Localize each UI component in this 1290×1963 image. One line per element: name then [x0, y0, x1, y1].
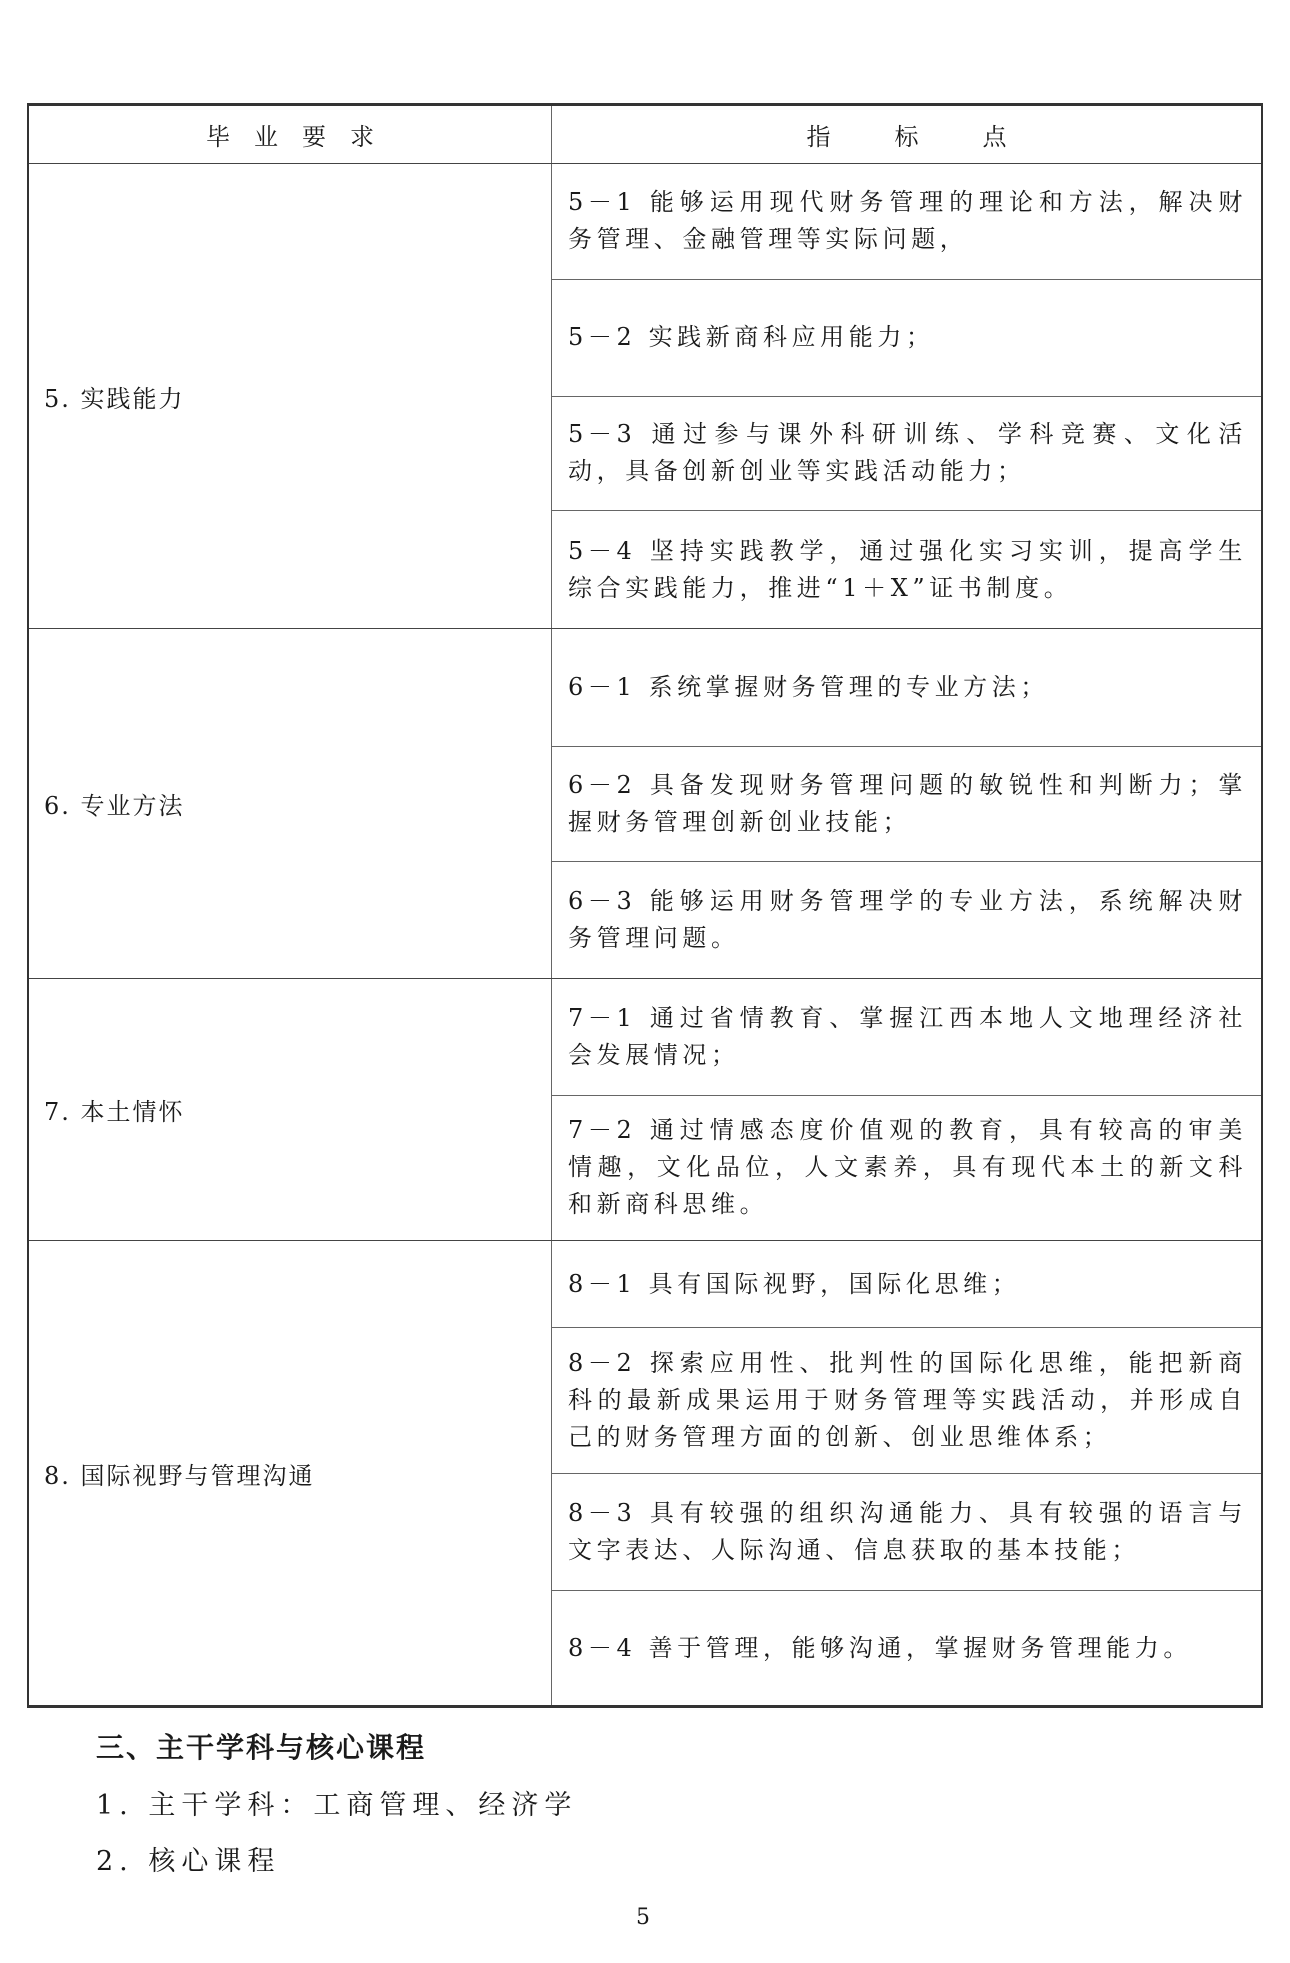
indicator-text: 6－2 具备发现财务管理问题的敏锐性和判断力；掌握财务管理创新创业技能；: [568, 767, 1247, 841]
requirement-cell: 8. 国际视野与管理沟通: [29, 1241, 552, 1705]
indicator-list: 6－1 系统掌握财务管理的专业方法；6－2 具备发现财务管理问题的敏锐性和判断力…: [552, 629, 1261, 978]
indicator-cell: 8－1 具有国际视野，国际化思维；: [552, 1241, 1261, 1328]
indicator-text: 8－3 具有较强的组织沟通能力、具有较强的语言与文字表达、人际沟通、信息获取的基…: [568, 1495, 1247, 1569]
indicator-cell: 6－1 系统掌握财务管理的专业方法；: [552, 629, 1261, 747]
indicator-text: 5－4 坚持实践教学，通过强化实习实训，提高学生综合实践能力，推进“1＋X”证书…: [568, 533, 1247, 607]
indicator-text: 5－2 实践新商科应用能力；: [568, 319, 935, 356]
indicator-text: 5－1 能够运用现代财务管理的理论和方法，解决财务管理、金融管理等实际问题，: [568, 184, 1247, 258]
indicator-cell: 8－3 具有较强的组织沟通能力、具有较强的语言与文字表达、人际沟通、信息获取的基…: [552, 1474, 1261, 1591]
table-header-row: 毕业要求 指标点: [29, 106, 1261, 164]
indicator-cell: 5－3 通过参与课外科研训练、学科竞赛、文化活动，具备创新创业等实践活动能力；: [552, 397, 1261, 512]
indicator-text: 6－1 系统掌握财务管理的专业方法；: [568, 669, 1049, 706]
section-heading: 三、主干学科与核心课程: [96, 1726, 426, 1766]
indicator-text: 7－2 通过情感态度价值观的教育，具有较高的审美情趣，文化品位，人文素养，具有现…: [568, 1112, 1247, 1223]
requirement-cell: 7. 本土情怀: [29, 979, 552, 1240]
indicator-list: 5－1 能够运用现代财务管理的理论和方法，解决财务管理、金融管理等实际问题，5－…: [552, 164, 1261, 628]
list-item-core-courses: 2. 核心课程: [96, 1839, 280, 1878]
indicator-text: 8－1 具有国际视野，国际化思维；: [568, 1266, 1020, 1303]
list-item-main-discipline: 1. 主干学科：工商管理、经济学: [96, 1783, 577, 1822]
indicator-text: 7－1 通过省情教育、掌握江西本地人文地理经济社会发展情况；: [568, 1000, 1247, 1074]
indicator-text: 8－4 善于管理，能够沟通，掌握财务管理能力。: [568, 1630, 1192, 1667]
indicator-cell: 5－4 坚持实践教学，通过强化实习实训，提高学生综合实践能力，推进“1＋X”证书…: [552, 511, 1261, 628]
indicator-cell: 8－2 探索应用性、批判性的国际化思维，能把新商科的最新成果运用于财务管理等实践…: [552, 1328, 1261, 1474]
indicator-cell: 7－1 通过省情教育、掌握江西本地人文地理经济社会发展情况；: [552, 979, 1261, 1096]
graduation-requirements-table: 毕业要求 指标点 5. 实践能力5－1 能够运用现代财务管理的理论和方法，解决财…: [27, 103, 1263, 1708]
table-row: 5. 实践能力5－1 能够运用现代财务管理的理论和方法，解决财务管理、金融管理等…: [29, 164, 1261, 629]
indicator-list: 7－1 通过省情教育、掌握江西本地人文地理经济社会发展情况；7－2 通过情感态度…: [552, 979, 1261, 1240]
indicator-cell: 8－4 善于管理，能够沟通，掌握财务管理能力。: [552, 1591, 1261, 1705]
requirement-cell: 6. 专业方法: [29, 629, 552, 978]
table-row: 6. 专业方法6－1 系统掌握财务管理的专业方法；6－2 具备发现财务管理问题的…: [29, 629, 1261, 979]
indicator-text: 5－3 通过参与课外科研训练、学科竞赛、文化活动，具备创新创业等实践活动能力；: [568, 416, 1247, 490]
indicator-text: 8－2 探索应用性、批判性的国际化思维，能把新商科的最新成果运用于财务管理等实践…: [568, 1345, 1247, 1456]
indicator-cell: 6－2 具备发现财务管理问题的敏锐性和判断力；掌握财务管理创新创业技能；: [552, 747, 1261, 863]
indicator-cell: 5－2 实践新商科应用能力；: [552, 280, 1261, 397]
requirement-cell: 5. 实践能力: [29, 164, 552, 628]
page-number: 5: [636, 1905, 650, 1930]
table-row: 8. 国际视野与管理沟通8－1 具有国际视野，国际化思维；8－2 探索应用性、批…: [29, 1241, 1261, 1705]
indicator-list: 8－1 具有国际视野，国际化思维；8－2 探索应用性、批判性的国际化思维，能把新…: [552, 1241, 1261, 1705]
indicator-cell: 7－2 通过情感态度价值观的教育，具有较高的审美情趣，文化品位，人文素养，具有现…: [552, 1096, 1261, 1240]
header-graduation-requirement: 毕业要求: [29, 106, 552, 163]
indicator-text: 6－3 能够运用财务管理学的专业方法，系统解决财务管理问题。: [568, 883, 1247, 957]
table-body: 5. 实践能力5－1 能够运用现代财务管理的理论和方法，解决财务管理、金融管理等…: [29, 164, 1261, 1705]
header-indicator-point: 指标点: [552, 106, 1261, 163]
indicator-cell: 6－3 能够运用财务管理学的专业方法，系统解决财务管理问题。: [552, 862, 1261, 978]
indicator-cell: 5－1 能够运用现代财务管理的理论和方法，解决财务管理、金融管理等实际问题，: [552, 164, 1261, 280]
table-row: 7. 本土情怀7－1 通过省情教育、掌握江西本地人文地理经济社会发展情况；7－2…: [29, 979, 1261, 1241]
